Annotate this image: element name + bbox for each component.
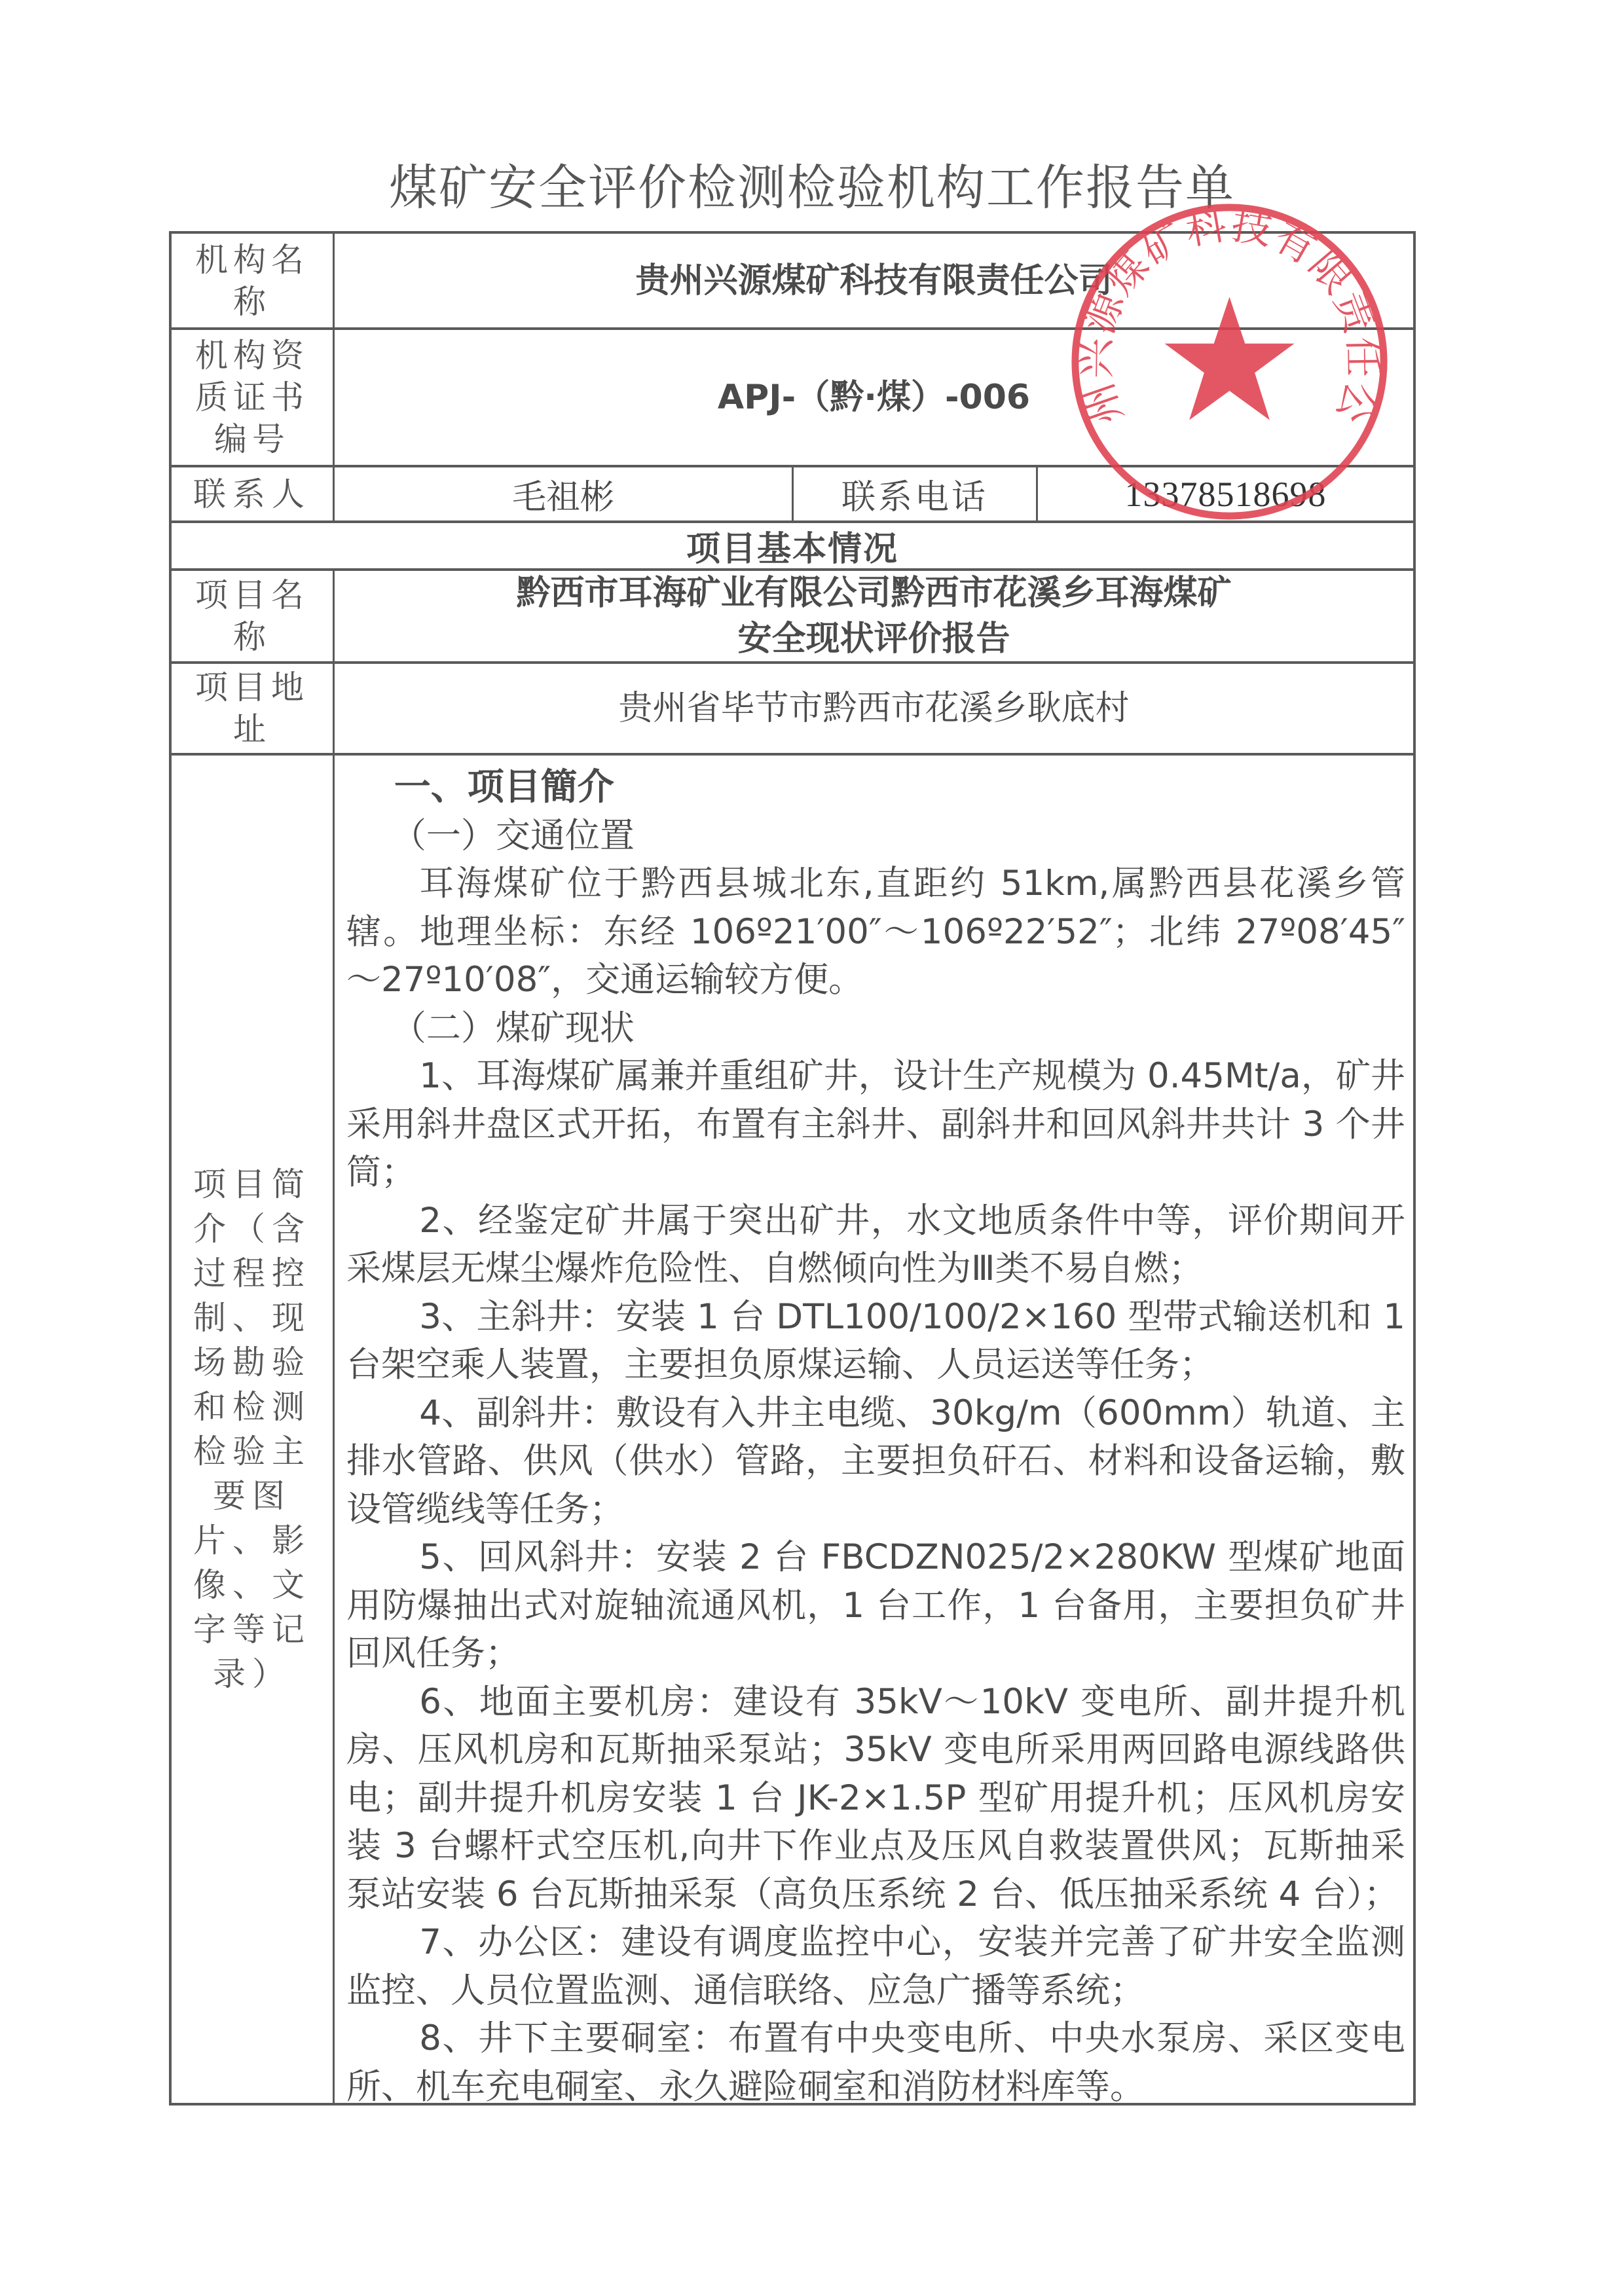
label-project-name: 项目名称 xyxy=(172,571,335,661)
row-project-name: 项目名称 黔西市耳海矿业有限公司黔西市花溪乡耳海煤矿 安全现状评价报告 xyxy=(172,571,1413,664)
document-title: 煤矿安全评价检测检验机构工作报告单 xyxy=(0,149,1624,219)
value-org-name: 贵州兴源煤矿科技有限责任公司 xyxy=(335,234,1413,327)
label-phone: 联系电话 xyxy=(792,467,1036,520)
label-cert-no: 机构资质证书编号 xyxy=(172,330,335,465)
value-phone: 13378518698 xyxy=(1036,467,1413,520)
row-contact: 联系人 毛祖彬 联系电话 13378518698 xyxy=(172,467,1413,523)
intro-paragraph: 7、办公区：建设有调度监控中心，安装并完善了矿井安全监测监控、人员位置监测、通信… xyxy=(346,1918,1405,2014)
label-org-name: 机构名称 xyxy=(172,234,335,327)
project-intro-body: 一、项目簡介 （一）交通位置 耳海煤矿位于黔西县城北东,直距约 51km,属黔西… xyxy=(335,756,1413,2103)
value-contact: 毛祖彬 xyxy=(335,467,792,520)
intro-paragraph: 4、副斜井：敷设有入井主电缆、30kg/m（600mm）轨道、主排水管路、供风（… xyxy=(346,1389,1405,1534)
intro-paragraph: 2、经鉴定矿井属于突出矿井，水文地质条件中等，评价期间开采煤层无煤尘爆炸危险性、… xyxy=(346,1197,1405,1293)
intro-paragraph: 6、地面主要机房：建设有 35kV～10kV 变电所、副井提升机房、压风机房和瓦… xyxy=(346,1678,1405,1919)
intro-paragraph: 5、回风斜井：安装 2 台 FBCDZN025/2×280KW 型煤矿地面用防爆… xyxy=(346,1533,1405,1678)
intro-subheading-traffic: （一）交通位置 xyxy=(346,812,1405,860)
row-project-address: 项目地址 贵州省毕节市黔西市花溪乡耿底村 xyxy=(172,664,1413,756)
intro-paragraph: 8、井下主要硐室：布置有中央变电所、中央水泵房、采区变电所、机车充电硐室、永久避… xyxy=(346,2014,1405,2103)
label-contact: 联系人 xyxy=(172,467,335,520)
section-header: 项目基本情况 xyxy=(172,523,1413,568)
row-section-header: 项目基本情况 xyxy=(172,523,1413,571)
label-project-intro: 项目简介（含过程控制、现场勘验和检测检验主要图片、影像、文字等记录） xyxy=(172,756,335,2103)
project-name-line1: 黔西市耳海矿业有限公司黔西市花溪乡耳海煤矿 xyxy=(516,570,1231,616)
intro-paragraph: 3、主斜井：安装 1 台 DTL100/100/2×160 型带式输送机和 1 … xyxy=(346,1293,1405,1389)
intro-heading: 一、项目簡介 xyxy=(346,763,1405,812)
report-table: 机构名称 贵州兴源煤矿科技有限责任公司 机构资质证书编号 APJ-（黔·煤）-0… xyxy=(169,231,1416,2105)
row-cert-no: 机构资质证书编号 APJ-（黔·煤）-006 xyxy=(172,330,1413,467)
intro-paragraph: 1、耳海煤矿属兼并重组矿井，设计生产规模为 0.45Mt/a，矿井采用斜井盘区式… xyxy=(346,1052,1405,1197)
intro-paragraph: 耳海煤矿位于黔西县城北东,直距约 51km,属黔西县花溪乡管辖。地理坐标：东经 … xyxy=(346,860,1405,1004)
row-project-intro: 项目简介（含过程控制、现场勘验和检测检验主要图片、影像、文字等记录） 一、项目簡… xyxy=(172,756,1413,2103)
value-cert-no: APJ-（黔·煤）-006 xyxy=(335,330,1413,465)
label-project-address: 项目地址 xyxy=(172,664,335,753)
project-name-line2: 安全现状评价报告 xyxy=(737,616,1010,662)
value-project-name: 黔西市耳海矿业有限公司黔西市花溪乡耳海煤矿 安全现状评价报告 xyxy=(335,571,1413,661)
value-project-address: 贵州省毕节市黔西市花溪乡耿底村 xyxy=(335,664,1413,753)
intro-subheading-status: （二）煤矿现状 xyxy=(346,1004,1405,1053)
row-org-name: 机构名称 贵州兴源煤矿科技有限责任公司 xyxy=(172,234,1413,330)
